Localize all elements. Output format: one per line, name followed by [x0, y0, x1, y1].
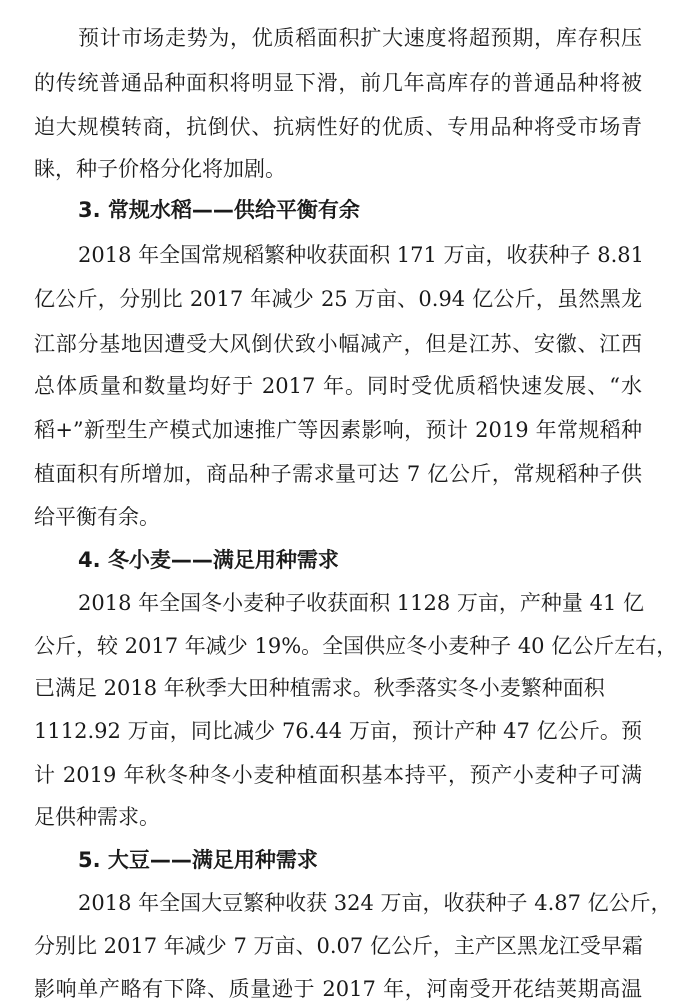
section-heading-wheat: 4. 冬小麦——满足用种需求 — [78, 545, 339, 575]
document-page: 预计市场走势为，优质稻面积扩大速度将超预期，库存积压 的传统普通品种面积将明显下… — [0, 0, 680, 1004]
paragraph-line: 1112.92 万亩，同比减少 76.44 万亩，预计产种 47 亿公斤。预 — [34, 716, 642, 746]
paragraph-line: 足供种需求。 — [34, 802, 642, 832]
paragraph-line: 给平衡有余。 — [34, 502, 642, 532]
paragraph-line: 睐，种子价格分化将加剧。 — [34, 154, 642, 184]
paragraph-line: 已满足 2018 年秋季大田种植需求。秋季落实冬小麦繁种面积 — [34, 673, 642, 703]
paragraph-line: 江部分基地因遭受大风倒伏致小幅减产，但是江苏、安徽、江西 — [34, 329, 642, 359]
paragraph-line: 公斤，较 2017 年减少 19%。全国供应冬小麦种子 40 亿公斤左右， — [34, 631, 642, 661]
paragraph-line: 分别比 2017 年减少 7 万亩、0.07 亿公斤，主产区黑龙江受早霜 — [34, 931, 642, 961]
paragraph-line: 总体质量和数量均好于 2017 年。同时受优质稻快速发展、“水 — [34, 371, 642, 401]
paragraph-line: 的传统普通品种面积将明显下滑，前几年高库存的普通品种将被 — [34, 68, 642, 98]
section-heading-soybean: 5. 大豆——满足用种需求 — [78, 845, 318, 875]
paragraph-line: 计 2019 年秋冬种冬小麦种植面积基本持平，预产小麦种子可满 — [34, 760, 642, 790]
paragraph-line: 2018 年全国常规稻繁种收获面积 171 万亩，收获种子 8.81 — [78, 240, 642, 270]
paragraph-line: 影响单产略有下降、质量逊于 2017 年，河南受开花结荚期高温 — [34, 974, 642, 1004]
paragraph-line: 稻+”新型生产模式加速推广等因素影响，预计 2019 年常规稻种 — [34, 415, 642, 445]
paragraph-line: 植面积有所增加，商品种子需求量可达 7 亿公斤，常规稻种子供 — [34, 459, 642, 489]
paragraph-line: 预计市场走势为，优质稻面积扩大速度将超预期，库存积压 — [78, 23, 642, 53]
paragraph-line: 迫大规模转商，抗倒伏、抗病性好的优质、专用品种将受市场青 — [34, 112, 642, 142]
section-heading-rice: 3. 常规水稻——供给平衡有余 — [78, 195, 360, 225]
paragraph-line: 2018 年全国大豆繁种收获 324 万亩，收获种子 4.87 亿公斤， — [78, 888, 642, 918]
paragraph-line: 2018 年全国冬小麦种子收获面积 1128 万亩，产种量 41 亿 — [78, 588, 642, 618]
paragraph-line: 亿公斤，分别比 2017 年减少 25 万亩、0.94 亿公斤，虽然黑龙 — [34, 284, 642, 314]
